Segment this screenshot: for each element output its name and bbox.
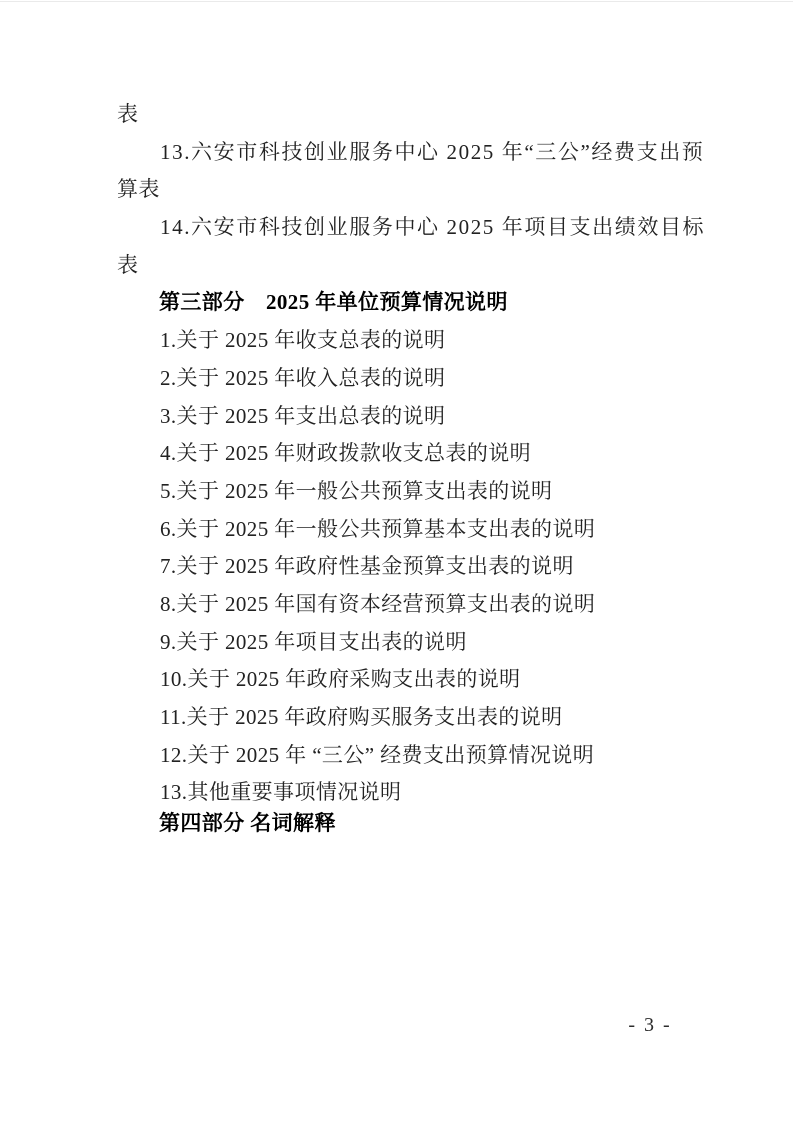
toc-line: 表 <box>117 96 676 134</box>
toc-line: 11.关于 2025 年政府购买服务支出表的说明 <box>117 699 676 737</box>
toc-line: 1.关于 2025 年收支总表的说明 <box>117 322 676 360</box>
toc-line: 13.六安市科技创业服务中心 2025 年“三公”经费支出预 <box>117 134 676 172</box>
page-top-edge <box>0 1 793 2</box>
table-of-contents: 表13.六安市科技创业服务中心 2025 年“三公”经费支出预算表14.六安市科… <box>117 96 676 843</box>
page-number: - 3 - <box>614 1011 686 1039</box>
toc-line: 7.关于 2025 年政府性基金预算支出表的说明 <box>117 548 676 586</box>
toc-line: 算表 <box>117 171 676 209</box>
toc-line: 4.关于 2025 年财政拨款收支总表的说明 <box>117 435 676 473</box>
document-page: 表13.六安市科技创业服务中心 2025 年“三公”经费支出预算表14.六安市科… <box>0 0 793 1122</box>
toc-line: 8.关于 2025 年国有资本经营预算支出表的说明 <box>117 586 676 624</box>
toc-line: 6.关于 2025 年一般公共预算基本支出表的说明 <box>117 511 676 549</box>
toc-line: 5.关于 2025 年一般公共预算支出表的说明 <box>117 473 676 511</box>
toc-line: 2.关于 2025 年收入总表的说明 <box>117 360 676 398</box>
section-heading: 第三部分 2025 年单位预算情况说明 <box>117 284 676 322</box>
toc-line: 9.关于 2025 年项目支出表的说明 <box>117 624 676 662</box>
toc-line: 14.六安市科技创业服务中心 2025 年项目支出绩效目标 <box>117 209 676 247</box>
toc-line: 表 <box>117 247 676 285</box>
toc-line: 10.关于 2025 年政府采购支出表的说明 <box>117 661 676 699</box>
toc-line: 12.关于 2025 年 “三公” 经费支出预算情况说明 <box>117 737 676 775</box>
toc-line: 3.关于 2025 年支出总表的说明 <box>117 398 676 436</box>
